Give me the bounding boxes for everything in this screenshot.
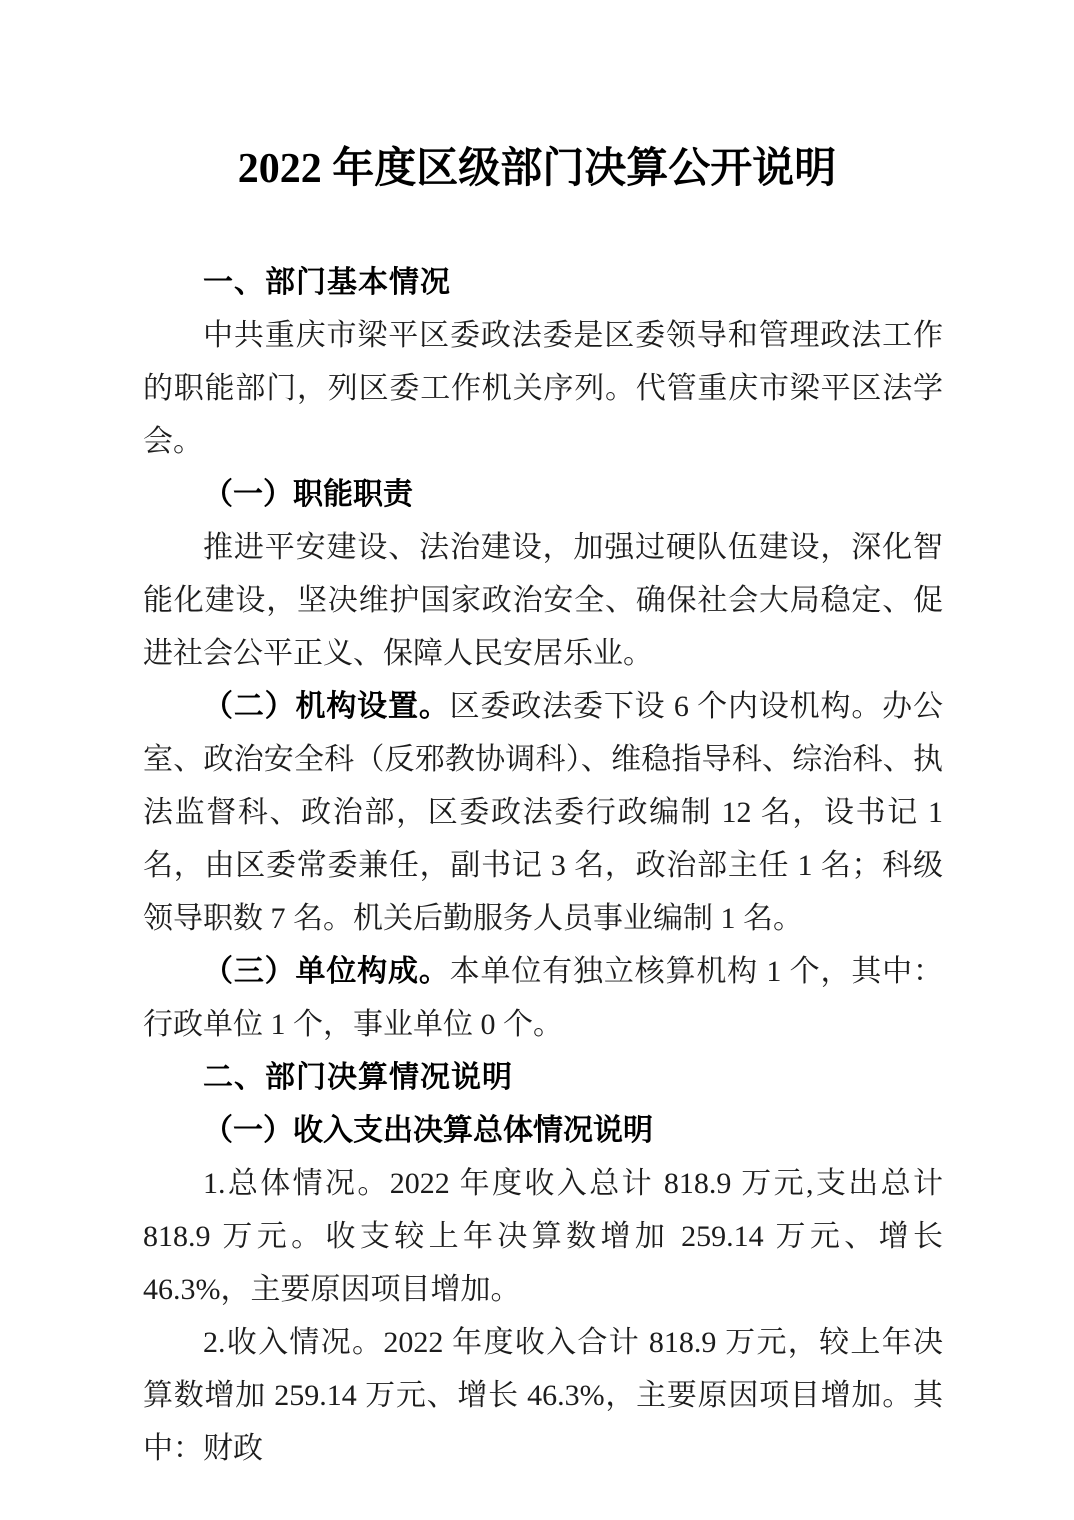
document-page: 2022 年度区级部门决算公开说明 一、部门基本情况中共重庆市梁平区委政法委是区…	[0, 0, 1074, 1520]
section-heading: （一）收入支出决算总体情况说明	[143, 1104, 943, 1157]
paragraph: 中共重庆市梁平区委政法委是区委领导和管理政法工作的职能部门，列区委工作机关序列。…	[143, 309, 943, 468]
paragraph: （二）机构设置。区委政法委下设 6 个内设机构。办公室、政治安全科（反邪教协调科…	[143, 680, 943, 945]
document-body: 一、部门基本情况中共重庆市梁平区委政法委是区委领导和管理政法工作的职能部门，列区…	[0, 256, 1074, 1475]
paragraph: 推进平安建设、法治建设，加强过硬队伍建设，深化智能化建设，坚决维护国家政治安全、…	[143, 521, 943, 680]
section-heading: 二、部门决算情况说明	[143, 1051, 943, 1104]
paragraph-lead: （三）单位构成。	[203, 955, 450, 988]
paragraph-lead: （二）机构设置。	[203, 690, 450, 723]
paragraph: 2.收入情况。2022 年度收入合计 818.9 万元，较上年决算数增加 259…	[143, 1316, 943, 1475]
document-title: 2022 年度区级部门决算公开说明	[0, 0, 1074, 196]
paragraph: 1.总体情况。2022 年度收入总计 818.9 万元,支出总计 818.9 万…	[143, 1157, 943, 1316]
paragraph: （三）单位构成。本单位有独立核算机构 1 个，其中：行政单位 1 个，事业单位 …	[143, 945, 943, 1051]
section-heading: 一、部门基本情况	[143, 256, 943, 309]
section-heading: （一）职能职责	[143, 468, 943, 521]
